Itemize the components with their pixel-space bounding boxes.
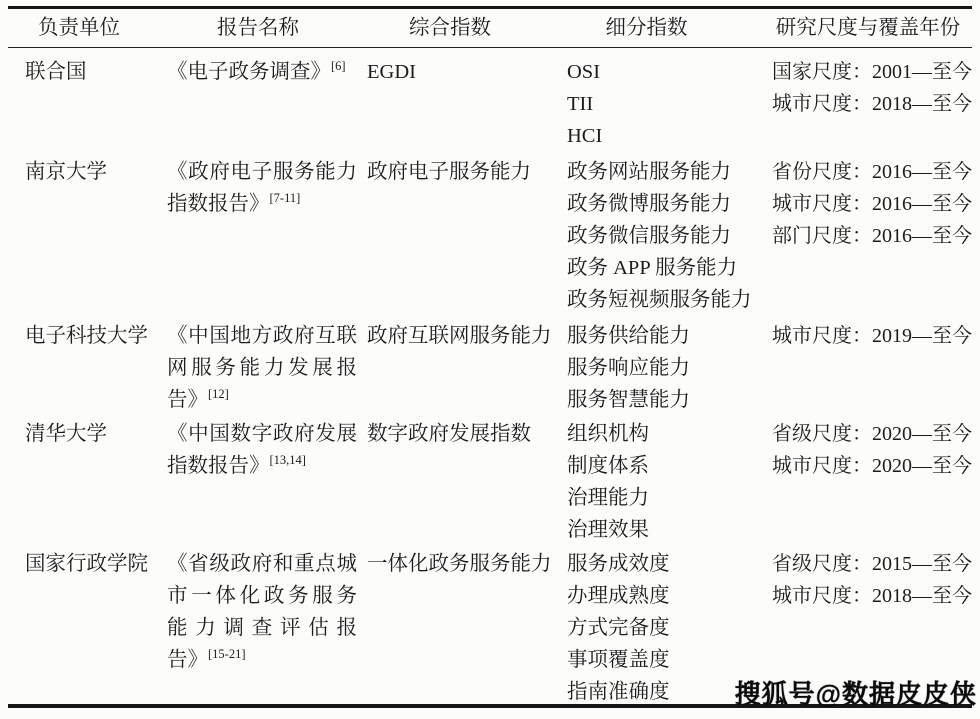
report-title-text: 《中国地方政府互联	[167, 325, 357, 347]
report-title-line: 《中国数字政府发展	[167, 418, 357, 450]
report-title-line: 《政府电子服务能力	[167, 156, 357, 188]
coverage-line: 省份尺度：2016—至今	[772, 156, 972, 188]
citation-ref: [6]	[331, 59, 346, 73]
sub-index-line: HCI	[567, 120, 772, 152]
cell-unit: 国家行政学院	[25, 548, 167, 708]
table-row: 联合国《电子政务调查》[6]EGDIOSITIIHCI国家尺度：2001—至今城…	[8, 48, 972, 152]
report-title-text: 指数报告》	[167, 193, 270, 215]
report-title-text: 《电子政务调查》	[167, 61, 331, 83]
cell-unit: 清华大学	[25, 418, 167, 546]
report-title-line: 指数报告》[7-11]	[167, 188, 357, 220]
coverage-line: 部门尺度：2016—至今	[772, 220, 972, 252]
sub-index-line: 服务响应能力	[567, 352, 772, 384]
report-title-line: 告》[15-21]	[167, 644, 357, 676]
cell-composite-index: 政府互联网服务能力	[367, 320, 567, 416]
report-title-line: 能力调查评估报	[167, 612, 357, 644]
cell-composite-index: 数字政府发展指数	[367, 418, 567, 546]
cell-report: 《中国地方政府互联网服务能力发展报告》[12]	[167, 320, 367, 416]
coverage-line: 省级尺度：2015—至今	[772, 548, 972, 580]
sub-index-line: 政务网站服务能力	[567, 156, 772, 188]
sub-index-line: 组织机构	[567, 418, 772, 450]
sub-index-line: 方式完备度	[567, 612, 772, 644]
cell-unit: 南京大学	[25, 156, 167, 316]
citation-ref: [13,14]	[270, 453, 306, 467]
column-header-5: 研究尺度与覆盖年份	[772, 15, 972, 41]
coverage-line: 城市尺度：2018—至今	[772, 580, 972, 612]
sub-index-line: TII	[567, 88, 772, 120]
watermark: 搜狐号@数据皮皮侠	[735, 680, 977, 708]
coverage-line: 国家尺度：2001—至今	[772, 56, 972, 88]
table-body: 联合国《电子政务调查》[6]EGDIOSITIIHCI国家尺度：2001—至今城…	[8, 48, 972, 708]
document-page: 负责单位报告名称综合指数细分指数研究尺度与覆盖年份 联合国《电子政务调查》[6]…	[0, 0, 980, 719]
report-title-line: 《省级政府和重点城	[167, 548, 357, 580]
report-title-text: 网服务能力发展报	[167, 357, 357, 379]
cell-composite-index: 政府电子服务能力	[367, 156, 567, 316]
report-title-line: 《电子政务调查》[6]	[167, 56, 357, 88]
sub-index-line: 服务成效度	[567, 548, 772, 580]
report-title-text: 能力调查评估报	[167, 617, 357, 639]
column-header-1: 负责单位	[25, 15, 167, 41]
coverage-line: 城市尺度：2018—至今	[772, 88, 972, 120]
cell-coverage: 城市尺度：2019—至今	[772, 320, 972, 416]
cell-sub-indices: 组织机构制度体系治理能力治理效果	[567, 418, 772, 546]
cell-report: 《政府电子服务能力指数报告》[7-11]	[167, 156, 367, 316]
sub-index-line: 政务微信服务能力	[567, 220, 772, 252]
table-row: 电子科技大学《中国地方政府互联网服务能力发展报告》[12]政府互联网服务能力服务…	[8, 316, 972, 416]
report-title-line: 网服务能力发展报	[167, 352, 357, 384]
report-title-line: 告》[12]	[167, 384, 357, 416]
sub-index-line: 治理效果	[567, 514, 772, 546]
sub-index-line: OSI	[567, 56, 772, 88]
report-title-line: 指数报告》[13,14]	[167, 450, 357, 482]
sub-index-line: 治理能力	[567, 482, 772, 514]
citation-ref: [15-21]	[208, 647, 246, 661]
column-header-2: 报告名称	[167, 15, 367, 41]
column-header-4: 细分指数	[567, 15, 772, 41]
table-header-row: 负责单位报告名称综合指数细分指数研究尺度与覆盖年份	[8, 9, 972, 48]
report-title-line: 《中国地方政府互联	[167, 320, 357, 352]
table-row: 清华大学《中国数字政府发展指数报告》[13,14]数字政府发展指数组织机构制度体…	[8, 416, 972, 546]
sub-index-line: 政务微博服务能力	[567, 188, 772, 220]
coverage-line: 城市尺度：2020—至今	[772, 450, 972, 482]
sub-index-line: 服务智慧能力	[567, 384, 772, 416]
sub-index-line: 政务短视频服务能力	[567, 284, 772, 316]
cell-sub-indices: 政务网站服务能力政务微博服务能力政务微信服务能力政务 APP 服务能力政务短视频…	[567, 156, 772, 316]
cell-sub-indices: 服务供给能力服务响应能力服务智慧能力	[567, 320, 772, 416]
cell-sub-indices: OSITIIHCI	[567, 56, 772, 152]
report-title-text: 《省级政府和重点城	[167, 553, 357, 575]
cell-report: 《省级政府和重点城市一体化政务服务能力调查评估报告》[15-21]	[167, 548, 367, 708]
report-title-text: 告》	[167, 389, 208, 411]
coverage-line: 省级尺度：2020—至今	[772, 418, 972, 450]
report-title-text: 市一体化政务服务	[167, 585, 357, 607]
sub-index-line: 办理成熟度	[567, 580, 772, 612]
sub-index-line: 政务 APP 服务能力	[567, 252, 772, 284]
citation-ref: [7-11]	[270, 191, 301, 205]
sub-index-line: 服务供给能力	[567, 320, 772, 352]
comparison-table: 负责单位报告名称综合指数细分指数研究尺度与覆盖年份 联合国《电子政务调查》[6]…	[8, 6, 972, 708]
cell-report: 《中国数字政府发展指数报告》[13,14]	[167, 418, 367, 546]
cell-unit: 电子科技大学	[25, 320, 167, 416]
report-title-text: 《中国数字政府发展	[167, 423, 357, 445]
column-header-3: 综合指数	[367, 15, 567, 41]
sub-index-line: 制度体系	[567, 450, 772, 482]
sub-index-line: 事项覆盖度	[567, 644, 772, 676]
coverage-line: 城市尺度：2016—至今	[772, 188, 972, 220]
cell-coverage: 省级尺度：2020—至今城市尺度：2020—至今	[772, 418, 972, 546]
report-title-text: 告》	[167, 649, 208, 671]
report-title-text: 指数报告》	[167, 455, 270, 477]
cell-composite-index: 一体化政务服务能力	[367, 548, 567, 708]
coverage-line: 城市尺度：2019—至今	[772, 320, 972, 352]
cell-coverage: 省份尺度：2016—至今城市尺度：2016—至今部门尺度：2016—至今	[772, 156, 972, 316]
cell-report: 《电子政务调查》[6]	[167, 56, 367, 152]
cell-coverage: 国家尺度：2001—至今城市尺度：2018—至今	[772, 56, 972, 152]
cell-composite-index: EGDI	[367, 56, 567, 152]
report-title-line: 市一体化政务服务	[167, 580, 357, 612]
citation-ref: [12]	[208, 387, 229, 401]
cell-unit: 联合国	[25, 56, 167, 152]
report-title-text: 《政府电子服务能力	[167, 161, 357, 183]
table-row: 南京大学《政府电子服务能力指数报告》[7-11]政府电子服务能力政务网站服务能力…	[8, 152, 972, 316]
